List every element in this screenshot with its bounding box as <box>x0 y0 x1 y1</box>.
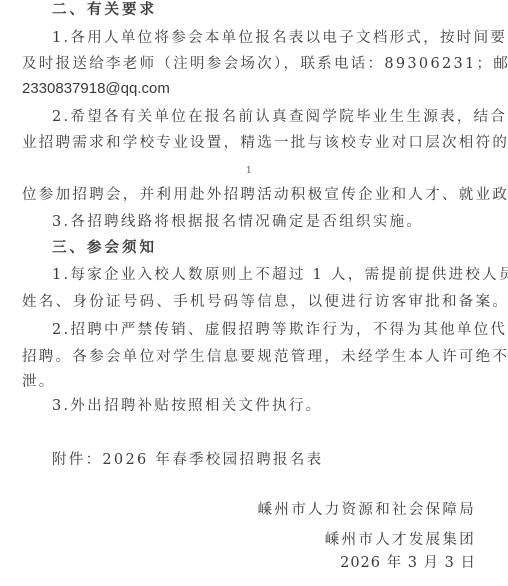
section-3-item-1-line-2: 姓名、身份证号码、手机号码等信息，以便进行访客审批和备案。 <box>22 292 478 312</box>
contact-email: 2330837918@qq.com <box>22 79 478 99</box>
section-2-heading: 二、有关要求 <box>52 0 508 20</box>
section-3-item-2-line-1: 2.招聘中严禁传销、虚假招聘等欺诈行为，不得为其他单位代为 <box>52 320 508 340</box>
section-2-item-2-line-1: 2.希望各有关单位在报名前认真查阅学院毕业生生源表，结合企 <box>52 107 508 127</box>
section-2-item-1-line-1: 1.各用人单位将参会本单位报名表以电子文档形式，按时间要求 <box>52 28 508 48</box>
section-3-item-3: 3.外出招聘补贴按照相关文件执行。 <box>52 396 508 416</box>
section-2-item-1-line-2: 及时报送给李老师（注明参会场次），联系电话：89306231；邮箱： <box>22 54 478 74</box>
section-2-item-2-line-2: 业招聘需求和学校专业设置，精选一批与该校专业对口层次相符的岗 <box>22 133 478 153</box>
section-2-item-2-line-3: 位参加招聘会，并利用赴外招聘活动积极宣传企业和人才、就业政策。 <box>22 185 478 205</box>
signature-org-1: 嵊州市人力资源和社会保障局 <box>258 500 476 520</box>
section-3-item-2-line-3: 泄。 <box>22 372 478 392</box>
signature-org-2: 嵊州市人才发展集团 <box>325 530 476 550</box>
page-number: 1 <box>246 166 252 176</box>
section-3-heading: 三、参会须知 <box>52 238 508 258</box>
signature-date: 2026 年 3 月 3 日 <box>340 553 476 573</box>
section-3-item-1-line-1: 1.每家企业入校人数原则上不超过 1 人，需提前提供进校人员的 <box>52 265 508 285</box>
section-2-item-3: 3.各招聘线路将根据报名情况确定是否组织实施。 <box>52 212 508 232</box>
section-3-item-2-line-2: 招聘。各参会单位对学生信息要规范管理，未经学生本人许可绝不外 <box>22 347 478 367</box>
attachment-label: 附件：2026 年春季校园招聘报名表 <box>52 450 508 470</box>
